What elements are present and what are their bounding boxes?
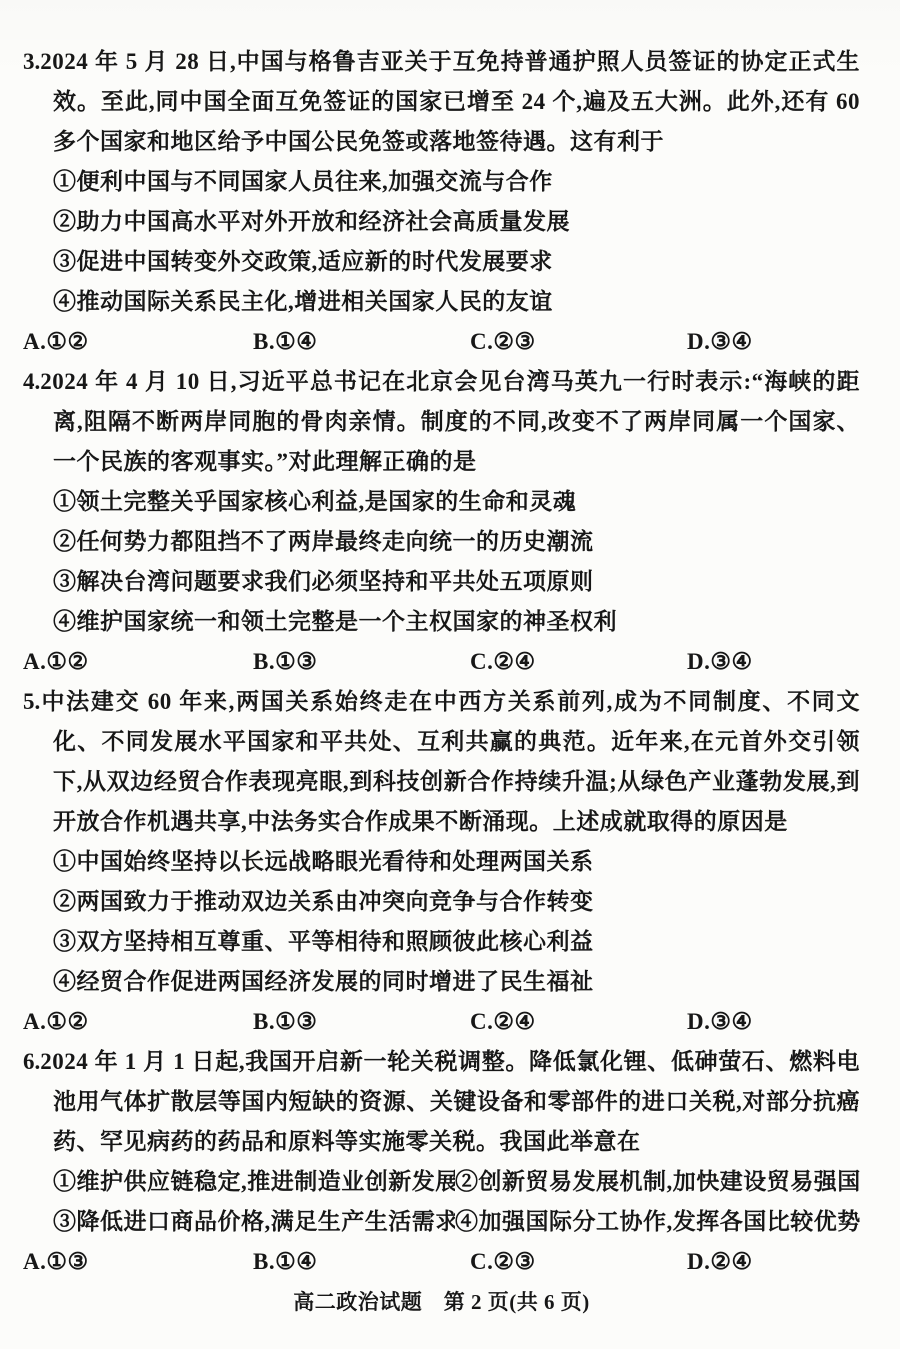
choice-a: A.①②: [23, 642, 253, 682]
statement-item-2: ②助力中国高水平对外开放和经济社会高质量发展: [53, 202, 860, 242]
question-3: 3.2024 年 5 月 28 日,中国与格鲁吉亚关于互免持普通护照人员签证的协…: [23, 42, 860, 362]
statement-item-1: ①维护供应链稳定,推进制造业创新发展: [53, 1162, 455, 1202]
statement-list: ①便利中国与不同国家人员往来,加强交流与合作 ②助力中国高水平对外开放和经济社会…: [23, 162, 860, 322]
statement-item-4: ④推动国际关系民主化,增进相关国家人民的友谊: [53, 282, 860, 322]
statement-list: ①领土完整关乎国家核心利益,是国家的生命和灵魂 ②任何势力都阻挡不了两岸最终走向…: [23, 482, 860, 642]
question-number: 3.: [23, 49, 40, 74]
statement-item-3: ③双方坚持相互尊重、平等相待和照顾彼此核心利益: [53, 922, 860, 962]
statement-item-4: ④加强国际分工协作,发挥各国比较优势: [455, 1202, 860, 1242]
statement-item-3: ③解决台湾问题要求我们必须坚持和平共处五项原则: [53, 562, 860, 602]
statement-list: ①中国始终坚持以长远战略眼光看待和处理两国关系 ②两国致力于推动双边关系由冲突向…: [23, 842, 860, 1002]
question-stem-text: 2024 年 1 月 1 日起,我国开启新一轮关税调整。降低氯化锂、低砷萤石、燃…: [40, 1049, 860, 1154]
question-number: 6.: [23, 1049, 40, 1074]
statement-item-2: ②创新贸易发展机制,加快建设贸易强国: [455, 1162, 860, 1202]
choice-a: A.①③: [23, 1242, 253, 1282]
statement-item-4: ④经贸合作促进两国经济发展的同时增进了民生福祉: [53, 962, 860, 1002]
question-5: 5.中法建交 60 年来,两国关系始终走在中西方关系前列,成为不同制度、不同文化…: [23, 682, 860, 1042]
answer-choices: A.①③ B.①④ C.②③ D.②④: [23, 1242, 860, 1282]
question-stem-text: 2024 年 4 月 10 日,习近平总书记在北京会见台湾马英九一行时表示:“海…: [40, 369, 860, 474]
page-footer: 高二政治试题 第 2 页(共 6 页): [23, 1282, 860, 1322]
question-stem: 5.中法建交 60 年来,两国关系始终走在中西方关系前列,成为不同制度、不同文化…: [23, 682, 860, 842]
statement-list: ①维护供应链稳定,推进制造业创新发展 ②创新贸易发展机制,加快建设贸易强国 ③降…: [53, 1162, 860, 1242]
question-4: 4.2024 年 4 月 10 日,习近平总书记在北京会见台湾马英九一行时表示:…: [23, 362, 860, 682]
exam-page: 3.2024 年 5 月 28 日,中国与格鲁吉亚关于互免持普通护照人员签证的协…: [0, 0, 900, 1349]
answer-choices: A.①② B.①③ C.②④ D.③④: [23, 642, 860, 682]
choice-d: D.③④: [687, 642, 860, 682]
choice-d: D.②④: [687, 1242, 860, 1282]
choice-b: B.①④: [253, 1242, 470, 1282]
question-stem: 3.2024 年 5 月 28 日,中国与格鲁吉亚关于互免持普通护照人员签证的协…: [23, 42, 860, 162]
choice-b: B.①④: [253, 322, 470, 362]
statement-item-3: ③促进中国转变外交政策,适应新的时代发展要求: [53, 242, 860, 282]
question-number: 5.: [23, 689, 40, 714]
answer-choices: A.①② B.①③ C.②④ D.③④: [23, 1002, 860, 1042]
choice-b: B.①③: [253, 1002, 470, 1042]
statement-item-1: ①便利中国与不同国家人员往来,加强交流与合作: [53, 162, 860, 202]
choice-c: C.②③: [470, 322, 687, 362]
choice-c: C.②④: [470, 642, 687, 682]
choice-d: D.③④: [687, 1002, 860, 1042]
question-number: 4.: [23, 369, 40, 394]
choice-a: A.①②: [23, 322, 253, 362]
question-stem-text: 中法建交 60 年来,两国关系始终走在中西方关系前列,成为不同制度、不同文化、不…: [40, 689, 860, 834]
answer-choices: A.①② B.①④ C.②③ D.③④: [23, 322, 860, 362]
choice-d: D.③④: [687, 322, 860, 362]
statement-item-2: ②两国致力于推动双边关系由冲突向竞争与合作转变: [53, 882, 860, 922]
question-stem-text: 2024 年 5 月 28 日,中国与格鲁吉亚关于互免持普通护照人员签证的协定正…: [40, 49, 860, 154]
statement-item-3: ③降低进口商品价格,满足生产生活需求: [53, 1202, 455, 1242]
statement-item-2: ②任何势力都阻挡不了两岸最终走向统一的历史潮流: [53, 522, 860, 562]
choice-b: B.①③: [253, 642, 470, 682]
statement-item-4: ④维护国家统一和领土完整是一个主权国家的神圣权利: [53, 602, 860, 642]
question-stem: 6.2024 年 1 月 1 日起,我国开启新一轮关税调整。降低氯化锂、低砷萤石…: [23, 1042, 860, 1162]
choice-c: C.②③: [470, 1242, 687, 1282]
choice-c: C.②④: [470, 1002, 687, 1042]
question-stem: 4.2024 年 4 月 10 日,习近平总书记在北京会见台湾马英九一行时表示:…: [23, 362, 860, 482]
question-6: 6.2024 年 1 月 1 日起,我国开启新一轮关税调整。降低氯化锂、低砷萤石…: [23, 1042, 860, 1282]
statement-item-1: ①领土完整关乎国家核心利益,是国家的生命和灵魂: [53, 482, 860, 522]
statement-item-1: ①中国始终坚持以长远战略眼光看待和处理两国关系: [53, 842, 860, 882]
choice-a: A.①②: [23, 1002, 253, 1042]
